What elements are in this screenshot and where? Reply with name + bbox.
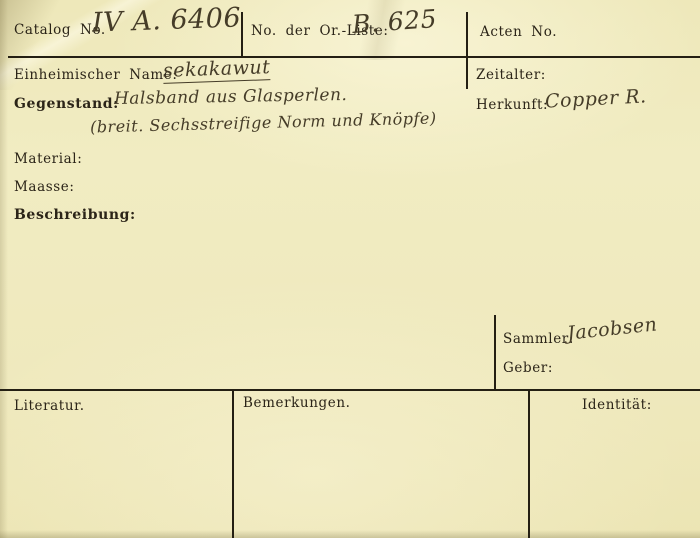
gegenstand-handwritten-line2: (breit. Sechsstreifige Norm und Knöpfe) (90, 108, 437, 136)
herkunft-label: Herkunft: (476, 97, 548, 113)
footer-divider-1 (232, 389, 234, 538)
einheimischer-name-label: Einheimischer Name: (14, 67, 178, 83)
header-divider-2 (466, 12, 468, 89)
material-label: Material: (14, 151, 82, 167)
header-rule-line (8, 56, 700, 58)
bemerkungen-label: Bemerkungen. (243, 395, 351, 411)
sammler-handwritten-value: Jacobsen (566, 313, 658, 344)
einheimischer-name-handwritten-value: sekakawut (163, 56, 271, 84)
beschreibung-label: Beschreibung: (14, 207, 136, 223)
literatur-label: Literatur. (14, 398, 85, 414)
paper-edge-shadow-bottom (0, 530, 700, 538)
catalog-no-handwritten-value: IV A. 6406 (92, 2, 242, 38)
maasse-label: Maasse: (14, 179, 75, 195)
paper-edge-shadow-left (0, 0, 8, 538)
identitaet-label: Identität: (582, 397, 652, 413)
zeitalter-label: Zeitalter: (476, 67, 546, 83)
catalog-card: Catalog No. IV A. 6406 No. der Or.-Liste… (0, 0, 700, 538)
header-divider-1 (241, 12, 243, 57)
acten-no-label: Acten No. (480, 24, 557, 40)
sammler-divider (494, 315, 496, 390)
footer-divider-2 (528, 389, 530, 538)
sammler-label: Sammler: (503, 331, 574, 347)
herkunft-handwritten-value: Copper R. (544, 85, 647, 112)
gegenstand-handwritten-line1: Halsband aus Glasperlen. (114, 85, 348, 109)
geber-label: Geber: (503, 360, 553, 376)
gegenstand-label: Gegenstand: (14, 96, 119, 112)
footer-rule-line (0, 389, 700, 391)
or-liste-handwritten-value: B. 625 (351, 4, 438, 39)
